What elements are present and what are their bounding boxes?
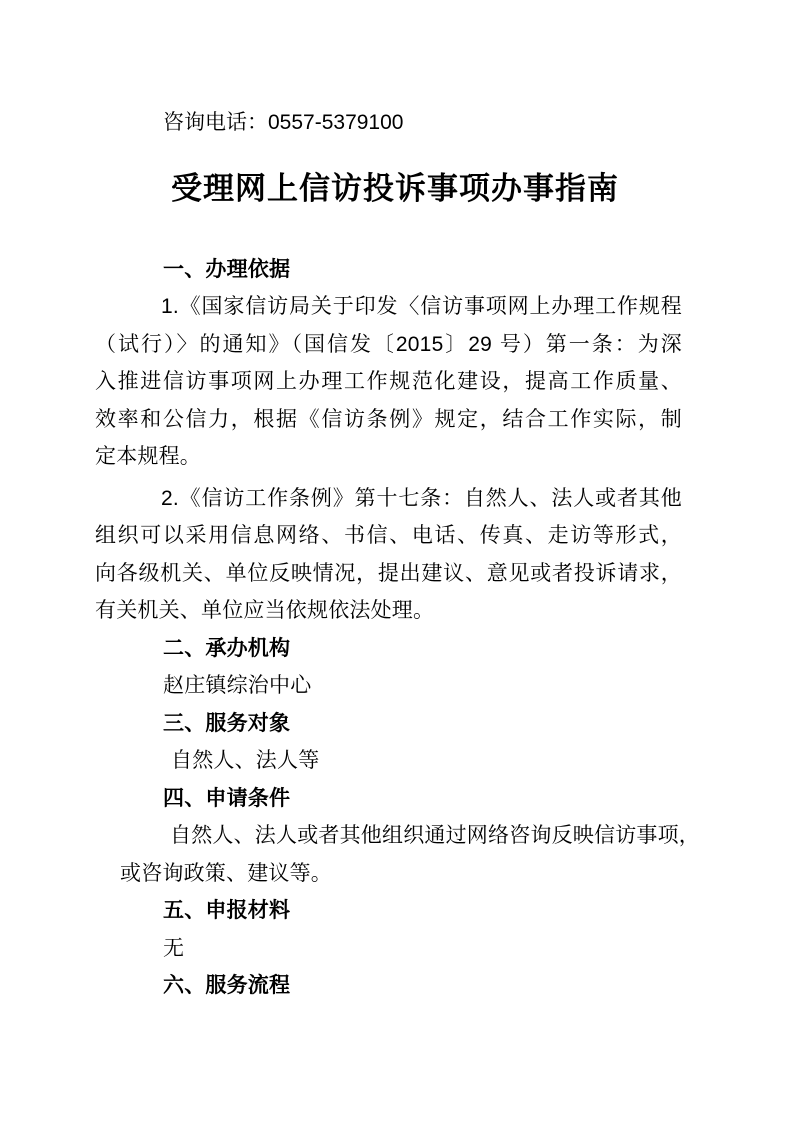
paragraph-line: 组织可以采用信息网络、书信、电话、传真、走访等形式， bbox=[95, 517, 682, 555]
paragraph-line: 1.《国家信访局关于印发〈信访事项网上办理工作规程 bbox=[95, 288, 682, 326]
paragraph-line: 定本规程。 bbox=[95, 438, 682, 476]
document-body: 一、办理依据 1.《国家信访局关于印发〈信访事项网上办理工作规程 （试行）〉的通… bbox=[95, 251, 682, 1005]
paragraph-line: （试行）〉的通知》（国信发〔2015〕29 号）第一条：为深 bbox=[95, 326, 682, 364]
section-heading-1: 一、办理依据 bbox=[95, 251, 682, 289]
paragraph-line: 自然人、法人或者其他组织通过网络咨询反映信访事项， bbox=[95, 817, 682, 855]
paragraph-line: 或咨询政策、建议等。 bbox=[95, 855, 682, 893]
paragraph-line: 入推进信访事项网上办理工作规范化建设，提高工作质量、 bbox=[95, 363, 682, 401]
section-heading-2: 二、承办机构 bbox=[95, 630, 682, 668]
section-body-line: 自然人、法人等 bbox=[95, 742, 682, 780]
section-body-line: 赵庄镇综治中心 bbox=[95, 667, 682, 705]
section-heading-6: 六、服务流程 bbox=[95, 967, 682, 1005]
section-heading-5: 五、申报材料 bbox=[95, 892, 682, 930]
contact-phone-line: 咨询电话：0557-5379100 bbox=[95, 104, 682, 142]
paragraph-line: 效率和公信力，根据《信访条例》规定，结合工作实际，制 bbox=[95, 401, 682, 439]
paragraph-line: 向各级机关、单位反映情况，提出建议、意见或者投诉请求， bbox=[95, 555, 682, 593]
section-body-line: 无 bbox=[95, 930, 682, 968]
section-heading-4: 四、申请条件 bbox=[95, 780, 682, 818]
section-heading-3: 三、服务对象 bbox=[95, 705, 682, 743]
document-page: 咨询电话：0557-5379100 受理网上信访投诉事项办事指南 一、办理依据 … bbox=[0, 0, 793, 1122]
document-title: 受理网上信访投诉事项办事指南 bbox=[108, 167, 682, 211]
paragraph-line: 2.《信访工作条例》第十七条：自然人、法人或者其他 bbox=[95, 480, 682, 518]
paragraph-line: 有关机关、单位应当依规依法处理。 bbox=[95, 592, 682, 630]
